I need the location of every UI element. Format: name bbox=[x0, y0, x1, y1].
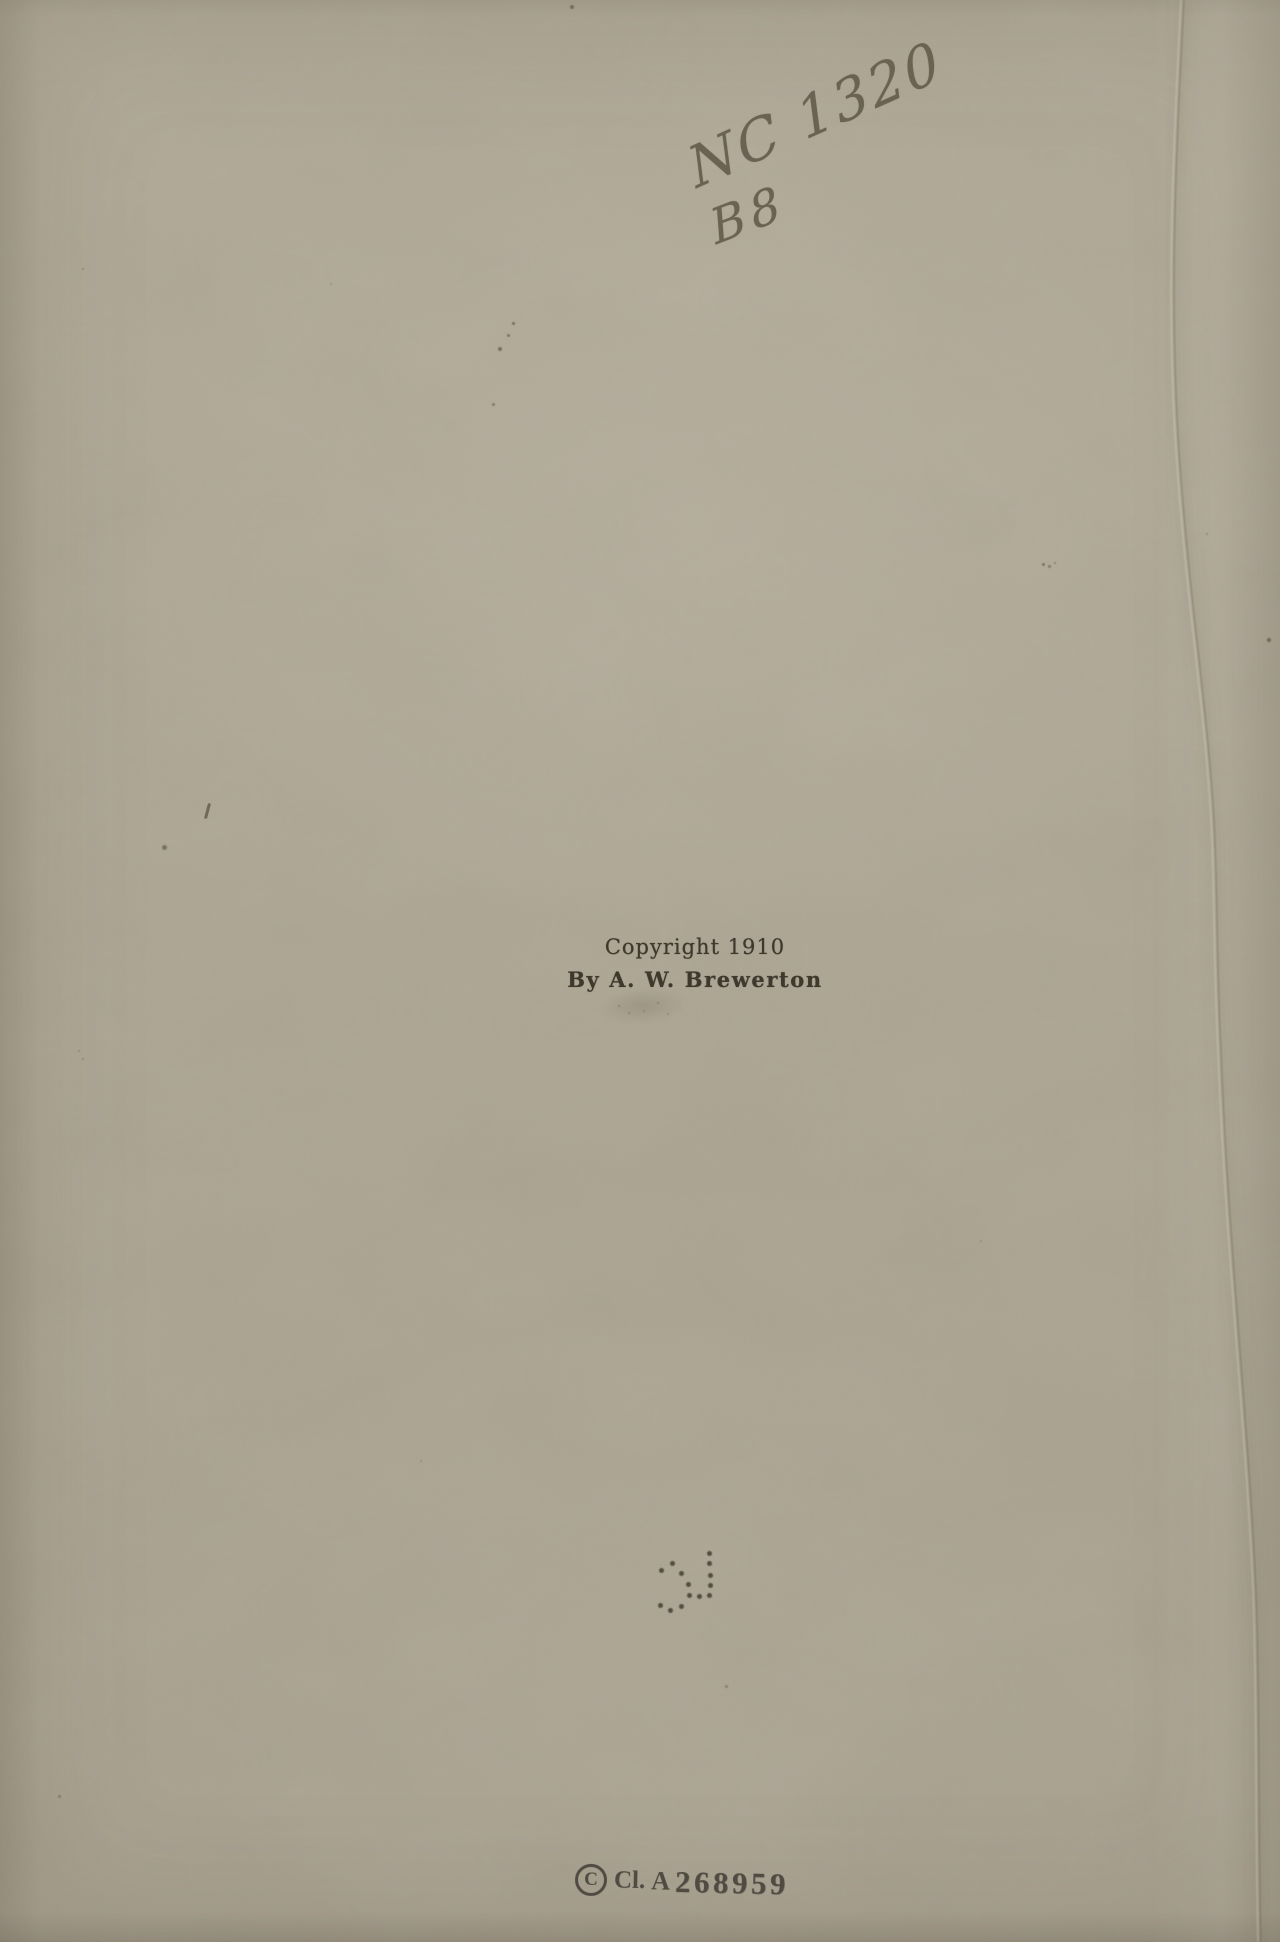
ink-speck bbox=[58, 1795, 61, 1798]
top-edge-shadow bbox=[0, 0, 1280, 16]
ink-smudge bbox=[597, 985, 689, 1027]
registration-stamp: C Cl. A 268959 bbox=[575, 1862, 790, 1903]
call-number-line1: NC 1320 bbox=[682, 33, 949, 198]
ink-speck bbox=[498, 347, 502, 351]
ink-speck bbox=[1054, 562, 1056, 564]
perforation-dot bbox=[668, 1608, 673, 1613]
copyright-symbol-letter: C bbox=[584, 1870, 598, 1889]
ink-speck bbox=[980, 1240, 982, 1242]
perforation-dot bbox=[679, 1604, 684, 1609]
ink-speck bbox=[512, 322, 515, 325]
perforation-dot bbox=[659, 1568, 664, 1573]
copyright-symbol-icon: C bbox=[575, 1864, 608, 1897]
copyright-block: Copyright 1910 By A. W. Brewerton bbox=[515, 936, 875, 991]
ink-speck bbox=[78, 1050, 80, 1052]
ink-speck bbox=[1048, 565, 1051, 568]
perforation-dot bbox=[658, 1603, 663, 1608]
perforation-dot bbox=[707, 1551, 712, 1556]
perforation-dot bbox=[670, 1561, 675, 1566]
stamp-series-letter: A bbox=[651, 1866, 670, 1896]
perforation-dot bbox=[687, 1593, 692, 1598]
perforation-dot bbox=[707, 1561, 712, 1566]
pencil-tick-mark bbox=[204, 803, 211, 819]
left-edge-shadow bbox=[0, 0, 40, 1942]
ink-speck bbox=[1042, 563, 1045, 566]
book-page: NC 1320 B8 Copyright 1910 By A. W. Brewe… bbox=[0, 0, 1280, 1942]
perforation-dot bbox=[707, 1593, 712, 1598]
stamp-number: 268959 bbox=[675, 1864, 790, 1903]
ink-speck bbox=[507, 334, 510, 337]
perforation-dot bbox=[708, 1573, 713, 1578]
right-edge-highlight bbox=[1150, 0, 1280, 1942]
ink-speck bbox=[330, 283, 332, 285]
copyright-line: Copyright 1910 bbox=[515, 936, 875, 958]
ink-speck bbox=[162, 845, 167, 850]
ink-speck bbox=[82, 1058, 84, 1060]
perforation-dot bbox=[686, 1582, 691, 1587]
perforation-dot bbox=[679, 1571, 684, 1576]
perforation-dot bbox=[708, 1583, 713, 1588]
stamp-class-label: Cl. bbox=[614, 1866, 646, 1895]
copyright-byline: By A. W. Brewerton bbox=[515, 969, 875, 991]
bottom-edge-shadow bbox=[0, 1912, 1280, 1942]
ink-speck bbox=[82, 268, 84, 270]
ink-speck bbox=[492, 403, 495, 406]
ink-speck bbox=[725, 1685, 728, 1688]
ink-speck bbox=[420, 1460, 422, 1462]
perforation-dot bbox=[697, 1594, 702, 1599]
